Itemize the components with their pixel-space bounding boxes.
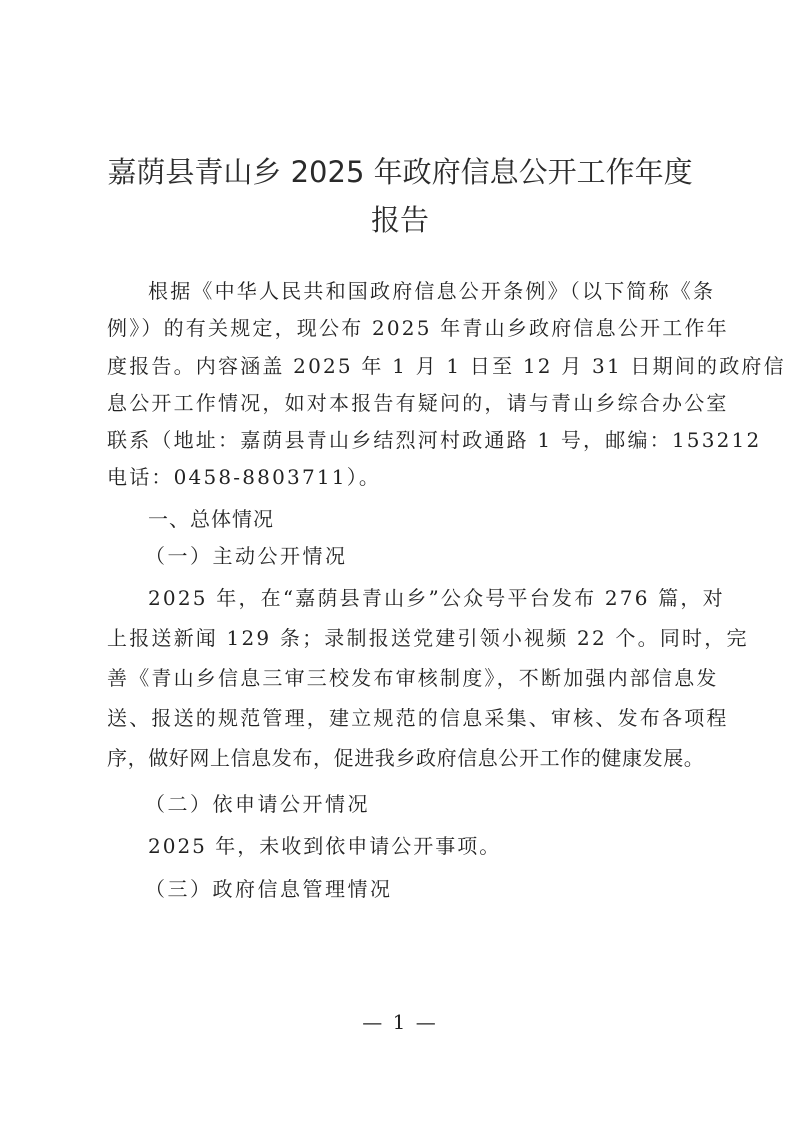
- subsection-heading-application-disclosure: （二）依申请公开情况: [107, 786, 732, 823]
- subsection-heading-proactive-disclosure: （一）主动公开情况: [107, 538, 732, 575]
- intro-line-6: 电话：0458-8803711）。: [107, 459, 694, 496]
- page-number: — 1 —: [330, 1010, 470, 1034]
- section-heading-overview: 一、总体情况: [107, 501, 735, 538]
- proactive-disclosure-paragraph: 2025 年，在“嘉荫县青山乡”公众号平台发布 276 篇，对 上报送新闻 12…: [107, 578, 694, 778]
- intro-line-4: 息公开工作情况，如对本报告有疑问的，请与青山乡综合办公室: [107, 385, 694, 422]
- proactive-line-3: 善《青山乡信息三审三校发布审核制度》，不断加强内部信息发: [107, 658, 694, 698]
- document-page: 嘉荫县青山乡 2025 年政府信息公开工作年度 报告 根据《中华人民共和国政府信…: [0, 0, 793, 1122]
- intro-line-5: 联系（地址：嘉荫县青山乡结烈河村政通路 1 号，邮编：153212: [107, 422, 694, 459]
- title-line-1: 嘉荫县青山乡 2025 年政府信息公开工作年度: [100, 148, 700, 196]
- proactive-line-1: 2025 年，在“嘉荫县青山乡”公众号平台发布 276 篇，对: [107, 578, 694, 618]
- document-title: 嘉荫县青山乡 2025 年政府信息公开工作年度 报告: [100, 148, 700, 244]
- subsection-heading-information-management: （三）政府信息管理情况: [107, 871, 732, 908]
- intro-line-2: 例》）的有关规定，现公布 2025 年青山乡政府信息公开工作年: [107, 310, 694, 347]
- intro-line-1: 根据《中华人民共和国政府信息公开条例》（以下简称《条: [107, 273, 694, 310]
- intro-line-3: 度报告。内容涵盖 2025 年 1 月 1 日至 12 月 31 日期间的政府信: [107, 348, 694, 385]
- proactive-line-4: 送、报送的规范管理，建立规范的信息采集、审核、发布各项程: [107, 698, 694, 738]
- proactive-line-5: 序，做好网上信息发布，促进我乡政府信息公开工作的健康发展。: [107, 738, 694, 778]
- intro-paragraph: 根据《中华人民共和国政府信息公开条例》（以下简称《条 例》）的有关规定，现公布 …: [107, 273, 694, 497]
- proactive-line-2: 上报送新闻 129 条；录制报送党建引领小视频 22 个。同时，完: [107, 618, 694, 658]
- application-disclosure-text: 2025 年，未收到依申请公开事项。: [107, 828, 735, 865]
- title-line-2: 报告: [100, 196, 700, 244]
